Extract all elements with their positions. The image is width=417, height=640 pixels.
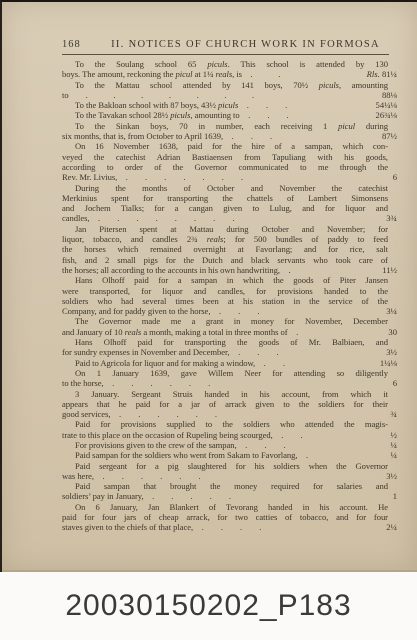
entry-line: To the Bakloan school with 87 boys, 43½ … <box>62 100 388 110</box>
ledger-entry: For provisions given to the crew of the … <box>62 440 388 450</box>
entry-line: liquor, tobacco, and candles 2¾ reals; f… <box>62 234 388 244</box>
ledger-entry: Jan Pitersen spent at Mattau during Octo… <box>62 224 388 275</box>
entry-line: candles, . . . . . . . .3¾ <box>62 213 388 223</box>
ledger-entry: Paid for provisions supplied to the sold… <box>62 419 388 440</box>
entry-amount: 3½ <box>386 471 397 481</box>
entry-amount: 2¼ <box>386 522 397 532</box>
entry-amount: 1 <box>393 491 397 501</box>
entry-amount: 88⅛ <box>382 90 397 100</box>
entry-amount: ¼ <box>378 440 397 450</box>
entry-line: soldiers who had several times been at h… <box>62 296 388 306</box>
entry-line: and January of 10 reals a month, making … <box>62 327 388 337</box>
ledger-entry: Paid to Agricola for liquor and for maki… <box>62 358 388 368</box>
entry-line: boys. The amount, reckoning the picul at… <box>62 69 388 79</box>
ledger-entry: On 1 January 1639, gave Willem Neer for … <box>62 368 388 389</box>
entry-line: trate to this place on the occasion of R… <box>62 430 388 440</box>
entry-line: staves given to the chiefs of that place… <box>62 522 388 532</box>
entry-line: Paid sampan for the soldiers who went fr… <box>62 450 388 460</box>
entry-amount: 26¾⅛ <box>363 110 397 120</box>
page-number: 168 <box>62 39 102 50</box>
entry-line: according to order of the Governor commu… <box>62 162 388 172</box>
entry-amount: ¾ <box>391 409 397 419</box>
entry-amount: 11½ <box>382 265 397 275</box>
entry-line: to the horse, . . . . . .6 <box>62 378 388 388</box>
entry-line: and Jochem Tialks; for a cangan given to… <box>62 203 388 213</box>
ledger-entry: On 16 November 1638, paid for the hire o… <box>62 141 388 182</box>
book-page: 168 II. NOTICES OF CHURCH WORK IN FORMOS… <box>0 0 417 572</box>
ledger-entry: Paid sampan for the soldiers who went fr… <box>62 450 388 460</box>
entry-line: To the Sinkan boys, 70 in number, each r… <box>62 121 388 131</box>
ledger-entry: Paid sampan that brought the money requi… <box>62 481 388 502</box>
ledger-entry: To the Tavakan school 28½ piculs, amount… <box>62 110 388 120</box>
ledger-entry: Hans Olhoff paid for a sampan in which t… <box>62 275 388 316</box>
entry-line: the horses; all according to the account… <box>62 265 388 275</box>
scanned-book-page: 168 II. NOTICES OF CHURCH WORK IN FORMOS… <box>0 0 417 640</box>
header-rule <box>62 54 389 55</box>
ledger-entry: The Governor made me a grant in money fo… <box>62 316 388 337</box>
entry-line: Rev. Mr. Livius, . . . . . . .6 <box>62 172 388 182</box>
ledger-entry: During the months of October and Novembe… <box>62 183 388 224</box>
ledger-entry: On 6 January, Jan Blankert of Tevorang h… <box>62 502 388 533</box>
ledger-entries: To the Soulang school 65 piculs. This sc… <box>62 59 388 533</box>
entry-line: Paid sampan that brought the money requi… <box>62 481 388 491</box>
entry-amount: 30 <box>388 327 397 337</box>
entry-amount: 54¼⅛ <box>363 100 397 110</box>
entry-line: Merkinius spent for transporting the cha… <box>62 193 388 203</box>
entry-line: To the Mattau school attended by 141 boy… <box>62 80 388 90</box>
entry-line: veyed the catechist Adrian Bastiaensen f… <box>62 152 388 162</box>
entry-line: Paid to Agricola for liquor and for maki… <box>62 358 388 368</box>
entry-amount: 6 <box>393 378 397 388</box>
entry-line: Paid for provisions supplied to the sold… <box>62 419 388 429</box>
ledger-entry: To the Bakloan school with 87 boys, 43½ … <box>62 100 388 110</box>
entry-line: was here, . . . . . .3½ <box>62 471 388 481</box>
entry-line: For provisions given to the crew of the … <box>62 440 388 450</box>
entry-line: good services, . . . . . .¾ <box>62 409 388 419</box>
entry-amount: 3¼ <box>386 306 397 316</box>
ledger-entry: Paid sergeant for a pig slaughtered for … <box>62 461 388 482</box>
entry-line: Hans Olhoff paid for a sampan in which t… <box>62 275 388 285</box>
entry-line: On 16 November 1638, paid for the hire o… <box>62 141 388 151</box>
archive-label-strip: 20030150202_P183 <box>0 572 417 640</box>
ledger-entry: To the Sinkan boys, 70 in number, each r… <box>62 121 388 142</box>
entry-line: to . . . . . . .88⅛ <box>62 90 388 100</box>
page-header: 168 II. NOTICES OF CHURCH WORK IN FORMOS… <box>62 39 389 50</box>
entry-line: To the Soulang school 65 piculs. This sc… <box>62 59 388 69</box>
entry-line: To the Tavakan school 28½ piculs, amount… <box>62 110 388 120</box>
entry-line: The Governor made me a grant in money fo… <box>62 316 388 326</box>
entry-line: fish, and 2 small pigs for the Dutch and… <box>62 255 388 265</box>
entry-line: Company, and for paddy given to the hors… <box>62 306 388 316</box>
ledger-entry: Hans Olhoff paid for transporting the go… <box>62 337 388 358</box>
ledger-entry: To the Mattau school attended by 141 boy… <box>62 80 388 101</box>
entry-amount: 6 <box>393 172 397 182</box>
entry-line: On 6 January, Jan Blankert of Tevorang h… <box>62 502 388 512</box>
entry-line: Jan Pitersen spent at Mattau during Octo… <box>62 224 388 234</box>
entry-line: appears that he paid for a jar of arrack… <box>62 399 388 409</box>
entry-line: soldiers’ pay in January, . . . . .1 <box>62 491 388 501</box>
archive-id: 20030150202_P183 <box>65 589 351 623</box>
entry-amount: 3¾ <box>386 213 397 223</box>
entry-line: were transported, for liquor and candles… <box>62 286 388 296</box>
entry-amount: 3½ <box>386 347 397 357</box>
entry-amount: ½ <box>391 430 397 440</box>
entry-amount: 87½ <box>382 131 397 141</box>
entry-line: paid for four jars of cheap arrack, for … <box>62 512 388 522</box>
ledger-entry: 3 January. Sergeant Struis handed in his… <box>62 389 388 420</box>
entry-line: Paid sergeant for a pig slaughtered for … <box>62 461 388 471</box>
entry-amount: ¼ <box>378 450 397 460</box>
entry-amount: 1¼⅛ <box>367 358 397 368</box>
entry-line: Hans Olhoff paid for transporting the go… <box>62 337 388 347</box>
entry-line: 3 January. Sergeant Struis handed in his… <box>62 389 388 399</box>
entry-line: six months, that is, from October to Apr… <box>62 131 388 141</box>
entry-line: the horses which remained overnight at F… <box>62 244 388 254</box>
running-title: II. NOTICES OF CHURCH WORK IN FORMOSA <box>102 39 389 50</box>
entry-line: On 1 January 1639, gave Willem Neer for … <box>62 368 388 378</box>
entry-amount: Rls. 81¼ <box>367 69 397 79</box>
entry-line: for sundry expenses in November and Dece… <box>62 347 388 357</box>
ledger-entry: To the Soulang school 65 piculs. This sc… <box>62 59 388 80</box>
entry-line: During the months of October and Novembe… <box>62 183 388 193</box>
